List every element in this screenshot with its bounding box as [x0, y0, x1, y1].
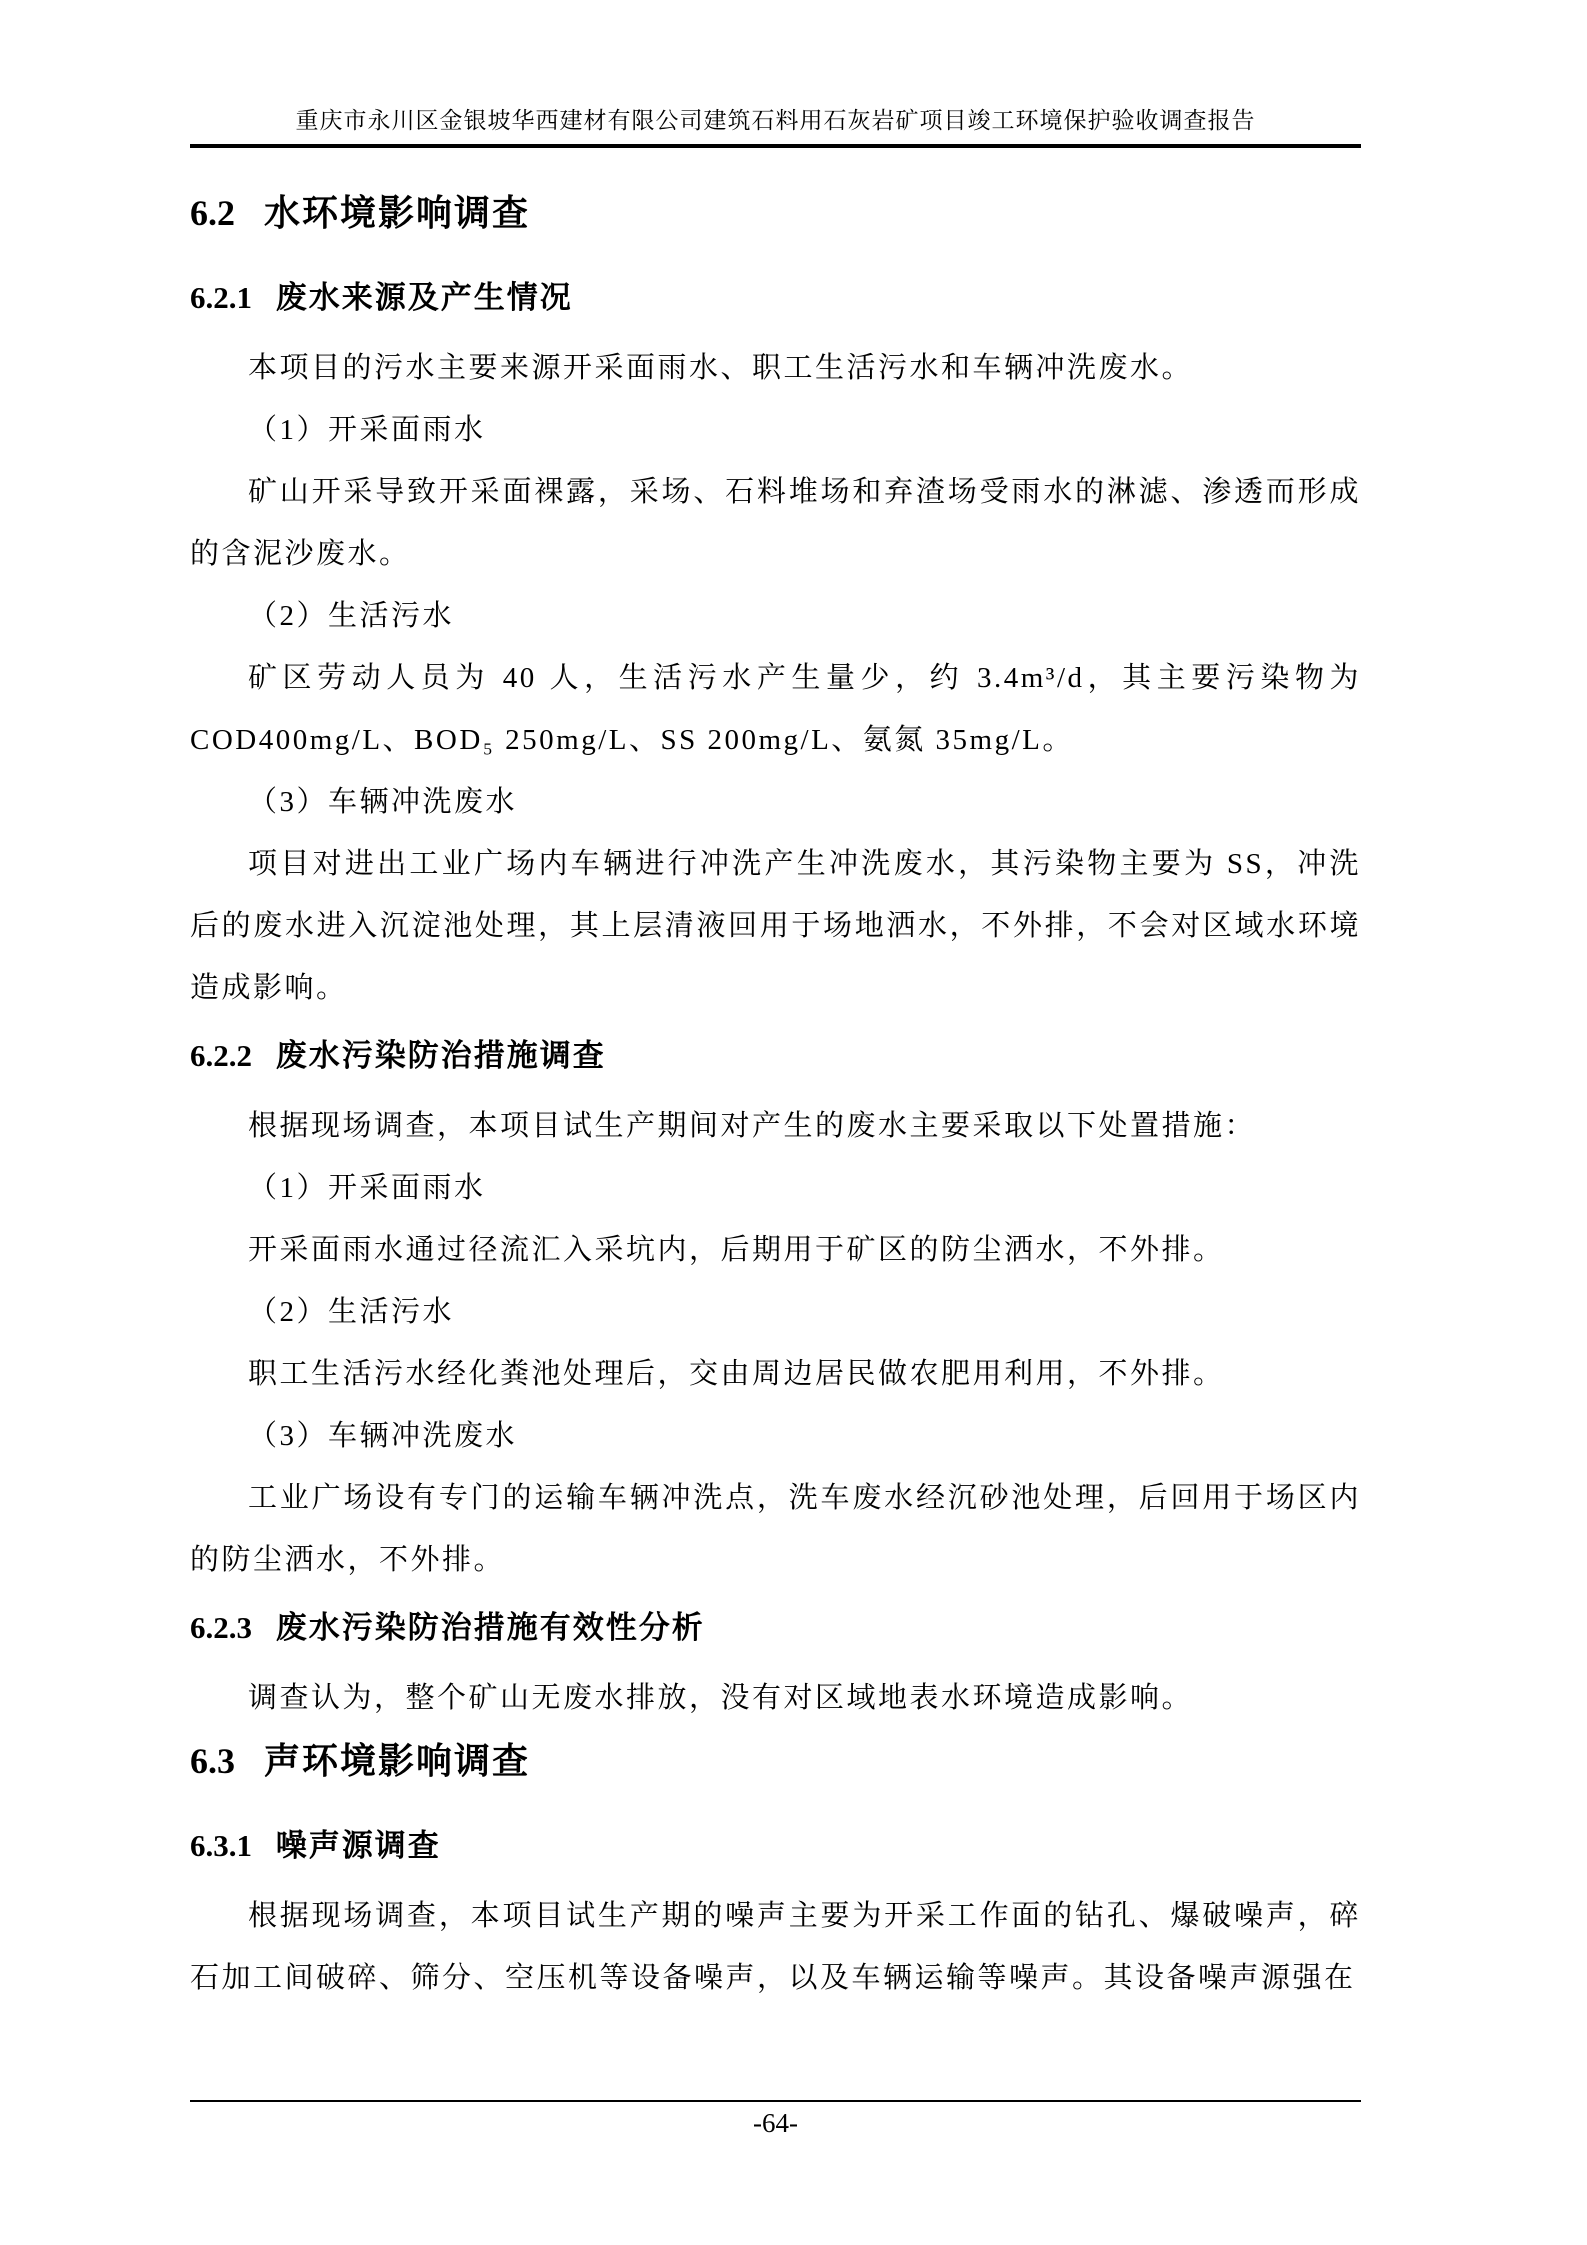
subsection-heading-6-2-2: 6.2.2 废水污染防治措施调查	[190, 1035, 1361, 1077]
paragraph: 调查认为，整个矿山无废水排放，没有对区域地表水环境造成影响。	[190, 1667, 1361, 1729]
paragraph: 根据现场调查，本项目试生产期的噪声主要为开采工作面的钻孔、爆破噪声，碎石加工间破…	[190, 1885, 1361, 2009]
heading-number: 6.2	[190, 193, 235, 233]
heading-title: 噪声源调查	[276, 1828, 441, 1863]
heading-title: 水环境影响调查	[264, 193, 530, 233]
header-title: 重庆市永川区金银坡华西建材有限公司建筑石料用石灰岩矿项目竣工环境保护验收调查报告	[296, 108, 1256, 133]
report-header: 重庆市永川区金银坡华西建材有限公司建筑石料用石灰岩矿项目竣工环境保护验收调查报告	[190, 106, 1361, 148]
footer-rule	[190, 2100, 1361, 2102]
paragraph-list-item: （1）开采面雨水	[190, 1157, 1361, 1219]
paragraph: 矿山开采导致开采面裸露，采场、石料堆场和弃渣场受雨水的淋滤、渗透而形成的含泥沙废…	[190, 461, 1361, 585]
paragraph-list-item: （3）车辆冲洗废水	[190, 771, 1361, 833]
paragraph: 工业广场设有专门的运输车辆冲洗点，洗车废水经沉砂池处理，后回用于场区内的防尘洒水…	[190, 1467, 1361, 1591]
page-number: -64-	[190, 2106, 1361, 2140]
paragraph-list-item: （2）生活污水	[190, 1281, 1361, 1343]
section-heading-6-2: 6.2 水环境影响调查	[190, 190, 1361, 236]
heading-title: 废水来源及产生情况	[276, 280, 573, 315]
paragraph: 职工生活污水经化粪池处理后，交由周边居民做农肥用利用，不外排。	[190, 1343, 1361, 1405]
paragraph-list-item: （1）开采面雨水	[190, 399, 1361, 461]
heading-number: 6.3	[190, 1741, 235, 1781]
paragraph: 项目对进出工业广场内车辆进行冲洗产生冲洗废水，其污染物主要为 SS，冲洗后的废水…	[190, 833, 1361, 1019]
heading-number: 6.2.2	[190, 1038, 252, 1073]
paragraph-list-item: （3）车辆冲洗废水	[190, 1405, 1361, 1467]
heading-number: 6.2.3	[190, 1610, 252, 1645]
paragraph: 开采面雨水通过径流汇入采坑内，后期用于矿区的防尘洒水，不外排。	[190, 1219, 1361, 1281]
paragraph-list-item: （2）生活污水	[190, 585, 1361, 647]
document-page: 重庆市永川区金银坡华西建材有限公司建筑石料用石灰岩矿项目竣工环境保护验收调查报告…	[0, 0, 1587, 2245]
heading-number: 6.3.1	[190, 1828, 252, 1863]
document-body: 6.2 水环境影响调查 6.2.1 废水来源及产生情况 本项目的污水主要来源开采…	[190, 181, 1361, 2009]
paragraph: 矿区劳动人员为 40 人，生活污水产生量少，约 3.4m³/d，其主要污染物为C…	[190, 647, 1361, 771]
subsection-heading-6-2-3: 6.2.3 废水污染防治措施有效性分析	[190, 1607, 1361, 1649]
paragraph: 根据现场调查，本项目试生产期间对产生的废水主要采取以下处置措施：	[190, 1095, 1361, 1157]
heading-title: 废水污染防治措施有效性分析	[276, 1610, 705, 1645]
heading-number: 6.2.1	[190, 280, 252, 315]
subsection-heading-6-2-1: 6.2.1 废水来源及产生情况	[190, 277, 1361, 319]
subsection-heading-6-3-1: 6.3.1 噪声源调查	[190, 1825, 1361, 1867]
heading-title: 废水污染防治措施调查	[276, 1038, 606, 1073]
heading-title: 声环境影响调查	[264, 1741, 530, 1781]
section-heading-6-3: 6.3 声环境影响调查	[190, 1738, 1361, 1784]
paragraph: 本项目的污水主要来源开采面雨水、职工生活污水和车辆冲洗废水。	[190, 337, 1361, 399]
